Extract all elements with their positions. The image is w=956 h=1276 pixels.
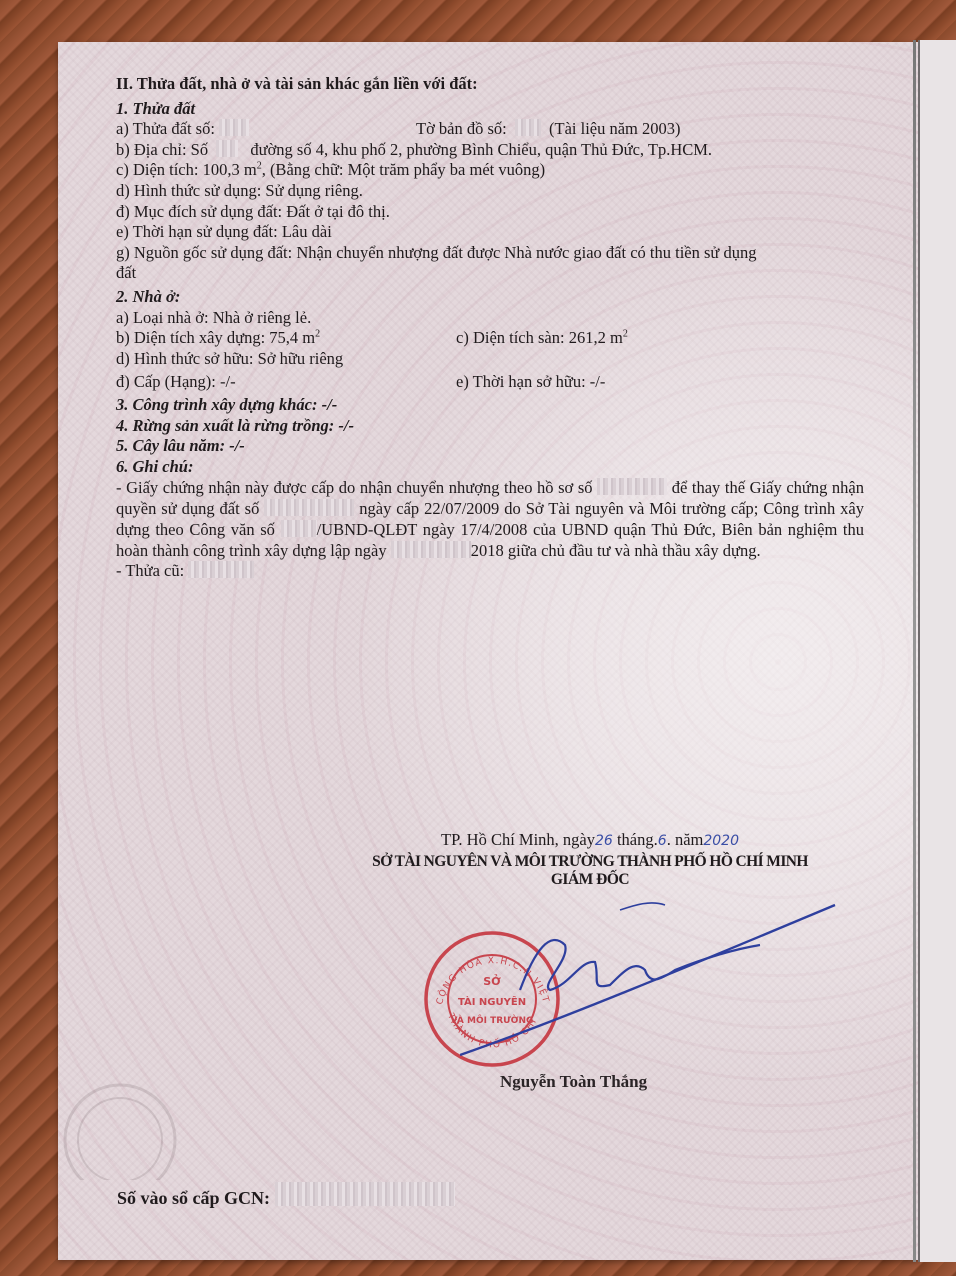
build-area-unit: m	[302, 328, 315, 347]
origin-line-2: đất	[116, 263, 864, 284]
area-row: c) Diện tích: 100,3 m2, (Bằng chữ: Một t…	[116, 160, 864, 181]
registry-label: Số vào sổ cấp GCN:	[117, 1188, 270, 1208]
house-heading: 2. Nhà ở:	[116, 287, 864, 308]
facing-page-edge	[918, 40, 956, 1262]
registry-row: Số vào sổ cấp GCN:	[117, 1182, 455, 1209]
area-label: c) Diện tích:	[116, 160, 198, 179]
month-label: tháng.	[617, 830, 658, 849]
land-heading: 1. Thửa đất	[116, 99, 864, 120]
origin-line-1: g) Nguồn gốc sử dụng đất: Nhận chuyển nh…	[116, 243, 864, 264]
map-sheet-redacted	[515, 119, 541, 136]
year-label: . năm	[667, 830, 704, 849]
parcel-label: a) Thửa đất số:	[116, 119, 215, 138]
house-type: a) Loại nhà ở: Nhà ở riêng lẻ.	[116, 308, 864, 329]
note-part-5: 2018 giữa chủ đầu tư và nhà thầu xây dựn…	[471, 541, 761, 560]
issuing-agency: SỞ TÀI NGUYÊN VÀ MÔI TRƯỜNG THÀNH PHỐ HỒ…	[320, 853, 860, 871]
old-parcel-redacted	[188, 561, 254, 578]
other-construction: 3. Công trình xây dựng khác: -/-	[116, 395, 864, 416]
document-body: II. Thửa đất, nhà ở và tài sản khác gắn …	[116, 74, 864, 582]
signature-block: TP. Hồ Chí Minh, ngày26 tháng.6. năm2020…	[320, 830, 860, 889]
dossier-number-redacted	[597, 478, 667, 495]
area-value: 100,3	[203, 160, 240, 179]
note-part-1: - Giấy chứng nhận này được cấp do nhận c…	[116, 478, 593, 497]
ownership-term: e) Thời hạn sở hữu: -/-	[456, 372, 605, 393]
issue-date: TP. Hồ Chí Minh, ngày26 tháng.6. năm2020	[320, 830, 860, 850]
area-words: , (Bằng chữ: Một trăm phẩy ba mét vuông)	[262, 160, 545, 179]
usage-form: d) Hình thức sử dụng: Sử dụng riêng.	[116, 181, 864, 202]
section-title: II. Thửa đất, nhà ở và tài sản khác gắn …	[116, 74, 864, 95]
date-month: 6	[658, 833, 667, 849]
notes-paragraph: - Giấy chứng nhận này được cấp do nhận c…	[116, 477, 864, 561]
acceptance-date-redacted	[391, 541, 471, 558]
production-forest: 4. Rừng sản xuất là rừng trồng: -/-	[116, 416, 864, 437]
notes-heading: 6. Ghi chú:	[116, 457, 864, 478]
house-number-redacted	[216, 140, 238, 157]
address-row: b) Địa chỉ: Số đường số 4, khu phố 2, ph…	[116, 140, 864, 161]
registry-number-redacted	[275, 1182, 455, 1206]
house-grade-row: đ) Cấp (Hạng): -/- e) Thời hạn sở hữu: -…	[116, 372, 864, 393]
handwritten-signature-icon	[460, 890, 840, 1060]
usage-term: e) Thời hạn sử dụng đất: Lâu dài	[116, 222, 864, 243]
date-prefix: TP. Hồ Chí Minh, ngày	[441, 830, 595, 849]
perennial-trees: 5. Cây lâu năm: -/-	[116, 436, 864, 457]
old-certificate-redacted	[264, 499, 354, 516]
date-day: 26	[595, 833, 613, 849]
build-area-value: 75,4	[269, 328, 298, 347]
usage-purpose: đ) Mục đích sử dụng đất: Đất ở tại đô th…	[116, 202, 864, 223]
build-area-label: b) Diện tích xây dựng:	[116, 328, 265, 347]
map-sheet-label: Tờ bản đồ số:	[416, 119, 507, 138]
watermark-seal-icon	[60, 1070, 180, 1180]
parcel-redacted	[219, 119, 249, 136]
floor-area-value: 261,2	[569, 328, 606, 347]
floor-area-label: c) Diện tích sàn:	[456, 328, 565, 347]
parcel-row: a) Thửa đất số: Tờ bản đồ số: (Tài liệu …	[116, 119, 864, 140]
house-area-row: b) Diện tích xây dựng: 75,4 m2 c) Diện t…	[116, 328, 864, 349]
floor-area-unit: m	[610, 328, 623, 347]
address-label: b) Địa chỉ: Số	[116, 140, 208, 159]
map-source: (Tài liệu năm 2003)	[549, 119, 681, 138]
official-letter-redacted	[281, 520, 317, 537]
signer-role: GIÁM ĐỐC	[320, 871, 860, 889]
old-parcel-row: - Thửa cũ:	[116, 561, 864, 582]
house-grade: đ) Cấp (Hạng): -/-	[116, 372, 236, 391]
page-fold	[913, 40, 916, 1262]
date-year: 2020	[703, 833, 739, 849]
signer-name: Nguyễn Toàn Thắng	[500, 1072, 647, 1092]
old-parcel-label: - Thửa cũ:	[116, 561, 184, 580]
house-ownership: d) Hình thức sở hữu: Sở hữu riêng	[116, 349, 864, 370]
address-value: đường số 4, khu phố 2, phường Bình Chiểu…	[250, 140, 712, 159]
area-unit: m	[244, 160, 257, 179]
